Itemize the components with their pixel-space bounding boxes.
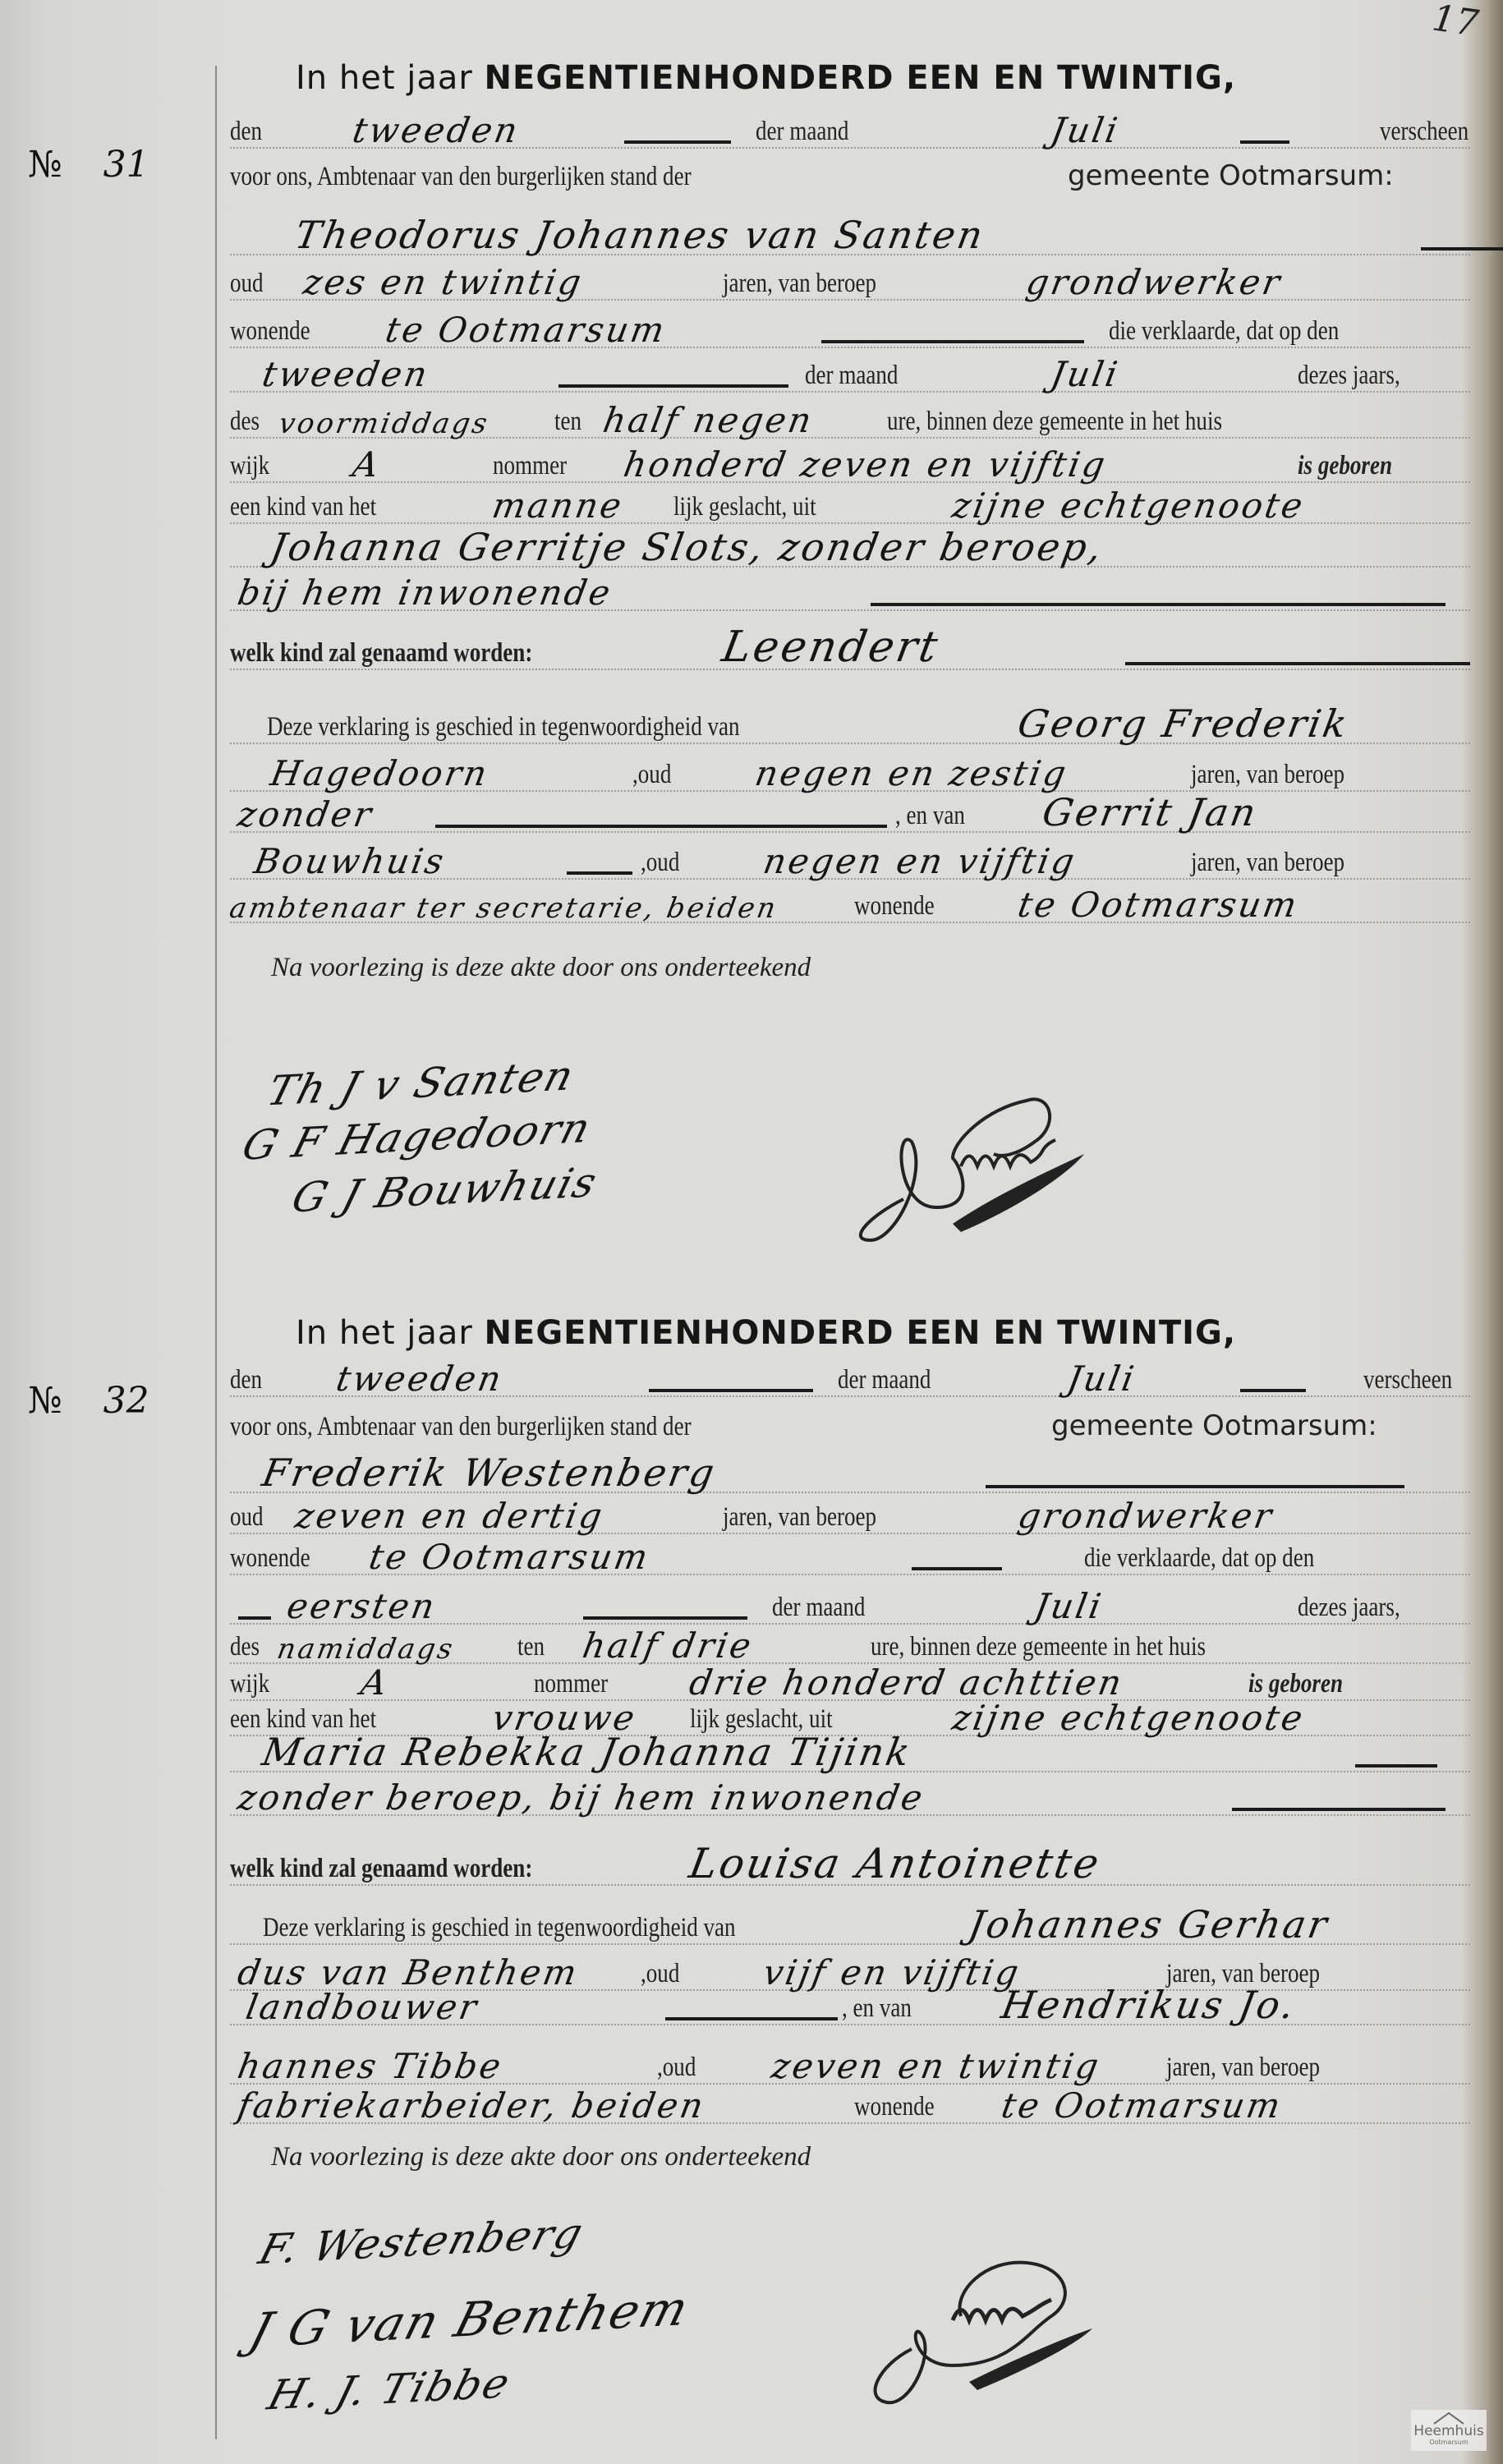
hw-age1: vijf en vijftig <box>761 1952 1024 1993</box>
watermark-sub: Ootmarsum <box>1411 2439 1487 2446</box>
hw-sex: manne <box>490 485 627 526</box>
label-wijk: wijk <box>230 451 269 481</box>
line-occupation2: ambtenaar ter secretarie, beiden wonende… <box>230 885 1470 926</box>
hw-house-number: honderd zeven en vijftig <box>621 444 1110 485</box>
signature-witness2: H. J. Tibbe <box>263 2359 517 2419</box>
number-sign: № <box>28 1380 62 1422</box>
hw-birth-day: tweeden <box>260 354 433 394</box>
label-verklaarde: die verklaarde, dat op den <box>1084 1543 1314 1574</box>
label-oud: ,oud <box>632 760 671 790</box>
label-ambtenaar: voor ons, Ambtenaar van den burgerlijken… <box>230 162 692 192</box>
hw-house-number: drie honderd achttien <box>687 1662 1127 1703</box>
hw-occupation1: zonder <box>235 794 377 834</box>
hw-child-name: Leendert <box>719 623 944 672</box>
line-mother-cont: bij hem inwonende <box>230 573 1470 614</box>
record-number: №31 <box>28 144 149 186</box>
official-signature-icon <box>838 1076 1101 1248</box>
line-witness1: Hagedoorn ,oud negen en zestig jaren, va… <box>230 754 1470 795</box>
label-den: den <box>230 1365 262 1395</box>
label-der-maand: der maand <box>756 117 848 147</box>
page-number-mark: 17 <box>1430 0 1482 45</box>
record-number: №32 <box>28 1380 149 1422</box>
hw-child-name: Louisa Antoinette <box>686 1840 1105 1887</box>
hw-mother: Maria Rebekka Johanna Tijink <box>259 1730 915 1774</box>
label-wonende: wonende <box>230 316 310 347</box>
label-genaamd: welk kind zal genaamd worden: <box>230 638 532 669</box>
label-der-maand: der maand <box>838 1365 931 1395</box>
label-en-van: , en van <box>895 801 965 831</box>
label-ure: ure, binnen deze gemeente in het huis <box>887 407 1222 437</box>
label-geslacht: lijk geslacht, uit <box>673 492 816 522</box>
hw-witness1-a: Johannes Gerhar <box>965 1902 1332 1947</box>
label-ten: ten <box>517 1632 545 1662</box>
label-nommer: nommer <box>493 451 567 481</box>
hw-residence: te Ootmarsum <box>366 1537 654 1577</box>
heading-year: NEGENTIENHONDERD EEN EN TWINTIG, <box>485 1314 1237 1352</box>
label-ten: ten <box>554 407 581 437</box>
label-gemeente: gemeente Ootmarsum: <box>1068 159 1394 192</box>
label-verklaring: Deze verklaring is geschied in tegenwoor… <box>267 712 740 742</box>
label-kind: een kind van het <box>230 492 376 522</box>
label-ambtenaar: voor ons, Ambtenaar van den burgerlijken… <box>230 1412 692 1442</box>
hw-day: tweeden <box>333 1358 507 1399</box>
heading-prefix: In het jaar <box>296 1314 473 1352</box>
hw-mother-cont: bij hem inwonende <box>235 572 616 613</box>
label-genaamd: welk kind zal genaamd worden: <box>230 1854 532 1884</box>
signature-declarant: F. Westenberg <box>254 2209 589 2273</box>
hw-wijk: A <box>350 444 384 485</box>
hw-age2: negen en vijftig <box>761 841 1080 881</box>
hw-declarant: Theodorus Johannes van Santen <box>292 213 988 257</box>
line-birth-date: tweeden der maand Juli dezes jaars, <box>230 355 1470 396</box>
label-verklaring: Deze verklaring is geschied in tegenwoor… <box>263 1913 736 1943</box>
line-birth-date: eersten der maand Juli dezes jaars, <box>230 1587 1470 1628</box>
label-ure: ure, binnen deze gemeente in het huis <box>871 1632 1206 1662</box>
signature-witness1: J G van Benthem <box>244 2280 696 2358</box>
label-jaren: jaren, van beroep <box>723 1502 876 1533</box>
hw-day: tweeden <box>350 110 523 150</box>
label-wonende: wonende <box>854 891 935 922</box>
hw-time: half drie <box>580 1625 756 1666</box>
line-occupation1: zonder , en van Gerrit Jan <box>230 795 1470 836</box>
label-oud: ,oud <box>641 1959 679 1989</box>
line-declarant: Frederik Westenberg <box>230 1455 1470 1496</box>
label-gemeente: gemeente Ootmarsum: <box>1051 1409 1377 1442</box>
line-time: des namiddags ten half drie ure, binnen … <box>230 1626 1470 1667</box>
heading-year: NEGENTIENHONDERD EEN EN TWINTIG, <box>485 59 1237 97</box>
label-is-geboren: is geboren <box>1248 1669 1343 1699</box>
label-dezes-jaars: dezes jaars, <box>1298 361 1400 391</box>
line-date: den tweeden der maand Juli verscheen <box>230 111 1470 152</box>
label-oud: ,oud <box>641 848 679 878</box>
line-residence: wonende te Ootmarsum die verklaarde, dat… <box>230 1538 1470 1579</box>
hw-witness1-b: Hagedoorn <box>268 753 493 793</box>
label-jaren: jaren, van beroep <box>1191 760 1344 790</box>
line-child-name: welk kind zal genaamd worden: Leendert <box>230 632 1470 673</box>
signature-witness2: G J Bouwhuis <box>287 1159 603 1222</box>
closing-text: Na voorlezing is deze akte door ons onde… <box>271 953 811 983</box>
label-oud: ,oud <box>657 2053 696 2083</box>
label-oud: oud <box>230 269 264 299</box>
hw-age: zeven en dertig <box>292 1496 608 1536</box>
label-des: des <box>230 1632 260 1662</box>
hw-declarant: Frederik Westenberg <box>259 1450 719 1495</box>
label-der-maand: der maand <box>772 1593 865 1623</box>
line-occupation2: fabriekarbeider, beiden wonende te Ootma… <box>230 2086 1470 2127</box>
label-wijk: wijk <box>230 1669 269 1699</box>
label-wonende: wonende <box>230 1543 310 1574</box>
closing-text: Na voorlezing is deze akte door ons onde… <box>271 2142 811 2172</box>
line-residence: wonende te Ootmarsum die verklaarde, dat… <box>230 310 1470 352</box>
hw-relation: zijne echtgenoote <box>949 485 1308 526</box>
number-sign: № <box>28 144 62 186</box>
margin-rule <box>215 66 217 2439</box>
label-wonende: wonende <box>854 2092 935 2122</box>
hw-witness1-a: Georg Frederik <box>1014 701 1353 746</box>
record-heading: In het jaar NEGENTIENHONDERD EEN EN TWIN… <box>296 1314 1236 1352</box>
hw-time: half negen <box>600 400 817 440</box>
hw-month: Juli <box>1064 1358 1139 1399</box>
hw-occupation: grondwerker <box>1015 1496 1277 1536</box>
hw-occupation1: landbouwer <box>243 1987 482 2027</box>
line-witness2: hannes Tibbe ,oud zeven en twintig jaren… <box>230 2047 1470 2088</box>
hw-witness-residence: te Ootmarsum <box>1015 885 1303 925</box>
label-den: den <box>230 117 262 147</box>
label-verscheen: verscheen <box>1363 1365 1452 1395</box>
line-age: oud zeven en dertig jaren, van beroep gr… <box>230 1496 1470 1538</box>
label-jaren: jaren, van beroep <box>1191 848 1344 878</box>
watermark-brand: Heemhuis <box>1411 2425 1487 2439</box>
hw-occupation2: ambtenaar ter secretarie, beiden <box>227 892 780 925</box>
line-time: des voormiddags ten half negen ure, binn… <box>230 401 1470 442</box>
record-number-value: 31 <box>103 144 149 186</box>
label-verklaarde: die verklaarde, dat op den <box>1109 316 1339 347</box>
hw-witness2-a: Gerrit Jan <box>1039 790 1262 834</box>
hw-mother-cont: zonder beroep, bij hem inwonende <box>235 1777 928 1818</box>
line-age: oud zes en twintig jaren, van beroep gro… <box>230 263 1470 304</box>
line-ambtenaar: voor ons, Ambtenaar van den burgerlijken… <box>230 156 1470 197</box>
label-verscheen: verscheen <box>1380 117 1469 147</box>
hw-witness-residence: te Ootmarsum <box>999 2085 1286 2126</box>
hw-witness2-b: Bouwhuis <box>251 841 449 881</box>
hw-residence: te Ootmarsum <box>383 310 670 350</box>
label-nommer: nommer <box>534 1669 608 1699</box>
hw-age: zes en twintig <box>301 262 586 302</box>
heading-prefix: In het jaar <box>296 59 473 97</box>
official-signature-icon <box>862 2242 1125 2415</box>
record-heading: In het jaar NEGENTIENHONDERD EEN EN TWIN… <box>296 59 1236 97</box>
line-occupation1: landbouwer , en van Hendrikus Jo. <box>230 1988 1470 2029</box>
hw-witness2-a: Hendrikus Jo. <box>998 1983 1299 2027</box>
label-jaren: jaren, van beroep <box>1166 2053 1320 2083</box>
label-dezes-jaars: dezes jaars, <box>1298 1593 1400 1623</box>
line-mother: Maria Rebekka Johanna Tijink <box>230 1735 1470 1776</box>
line-witnesses: Deze verklaring is geschied in tegenwoor… <box>230 706 1470 747</box>
line-witness2: Bouwhuis ,oud negen en vijftig jaren, va… <box>230 842 1470 883</box>
hw-wijk: A <box>358 1662 393 1703</box>
signature-witness1: G F Hagedoorn <box>237 1104 597 1170</box>
signature-declarant: Th J v Santen <box>262 1051 580 1115</box>
hw-occupation: grondwerker <box>1023 262 1285 302</box>
line-address: wijk A nommer honderd zeven en vijftig i… <box>230 445 1470 486</box>
hw-month: Juli <box>1048 110 1123 150</box>
line-mother-cont: zonder beroep, bij hem inwonende <box>230 1778 1470 1819</box>
hw-birth-month: Juli <box>1048 354 1123 394</box>
label-des: des <box>230 407 260 437</box>
hw-part-of-day: namiddags <box>274 1633 457 1666</box>
label-jaren: jaren, van beroep <box>723 269 876 299</box>
hw-witness2-b: hannes Tibbe <box>235 2046 507 2086</box>
label-der-maand: der maand <box>805 361 898 391</box>
label-en-van: , en van <box>842 1993 912 2024</box>
line-ambtenaar: voor ons, Ambtenaar van den burgerlijken… <box>230 1406 1470 1447</box>
line-declarant: Theodorus Johannes van Santen <box>230 218 1470 259</box>
hw-birth-month: Juli <box>1032 1586 1106 1626</box>
line-child-name: welk kind zal genaamd worden: Louisa Ant… <box>230 1848 1470 1889</box>
line-sex: een kind van het manne lijk geslacht, ui… <box>230 486 1470 527</box>
hw-mother: Johanna Gerritje Slots, zonder beroep, <box>267 525 1107 569</box>
hw-relation: zijne echtgenoote <box>949 1698 1308 1738</box>
line-mother: Johanna Gerritje Slots, zonder beroep, <box>230 530 1470 571</box>
hw-age1: negen en zestig <box>752 753 1072 793</box>
line-witnesses: Deze verklaring is geschied in tegenwoor… <box>230 1907 1470 1948</box>
hw-age2: zeven en twintig <box>769 2046 1104 2086</box>
label-oud: oud <box>230 1502 264 1533</box>
record-number-value: 32 <box>103 1380 149 1422</box>
line-date: den tweeden der maand Juli verscheen <box>230 1359 1470 1400</box>
house-roof-icon <box>1432 2411 1465 2425</box>
hw-occupation2: fabriekarbeider, beiden <box>235 2085 709 2126</box>
hw-part-of-day: voormiddags <box>276 407 492 440</box>
label-is-geboren: is geboren <box>1298 451 1392 481</box>
hw-birth-day: eersten <box>284 1586 440 1626</box>
heemhuis-watermark: Heemhuis Ootmarsum <box>1411 2410 1487 2451</box>
